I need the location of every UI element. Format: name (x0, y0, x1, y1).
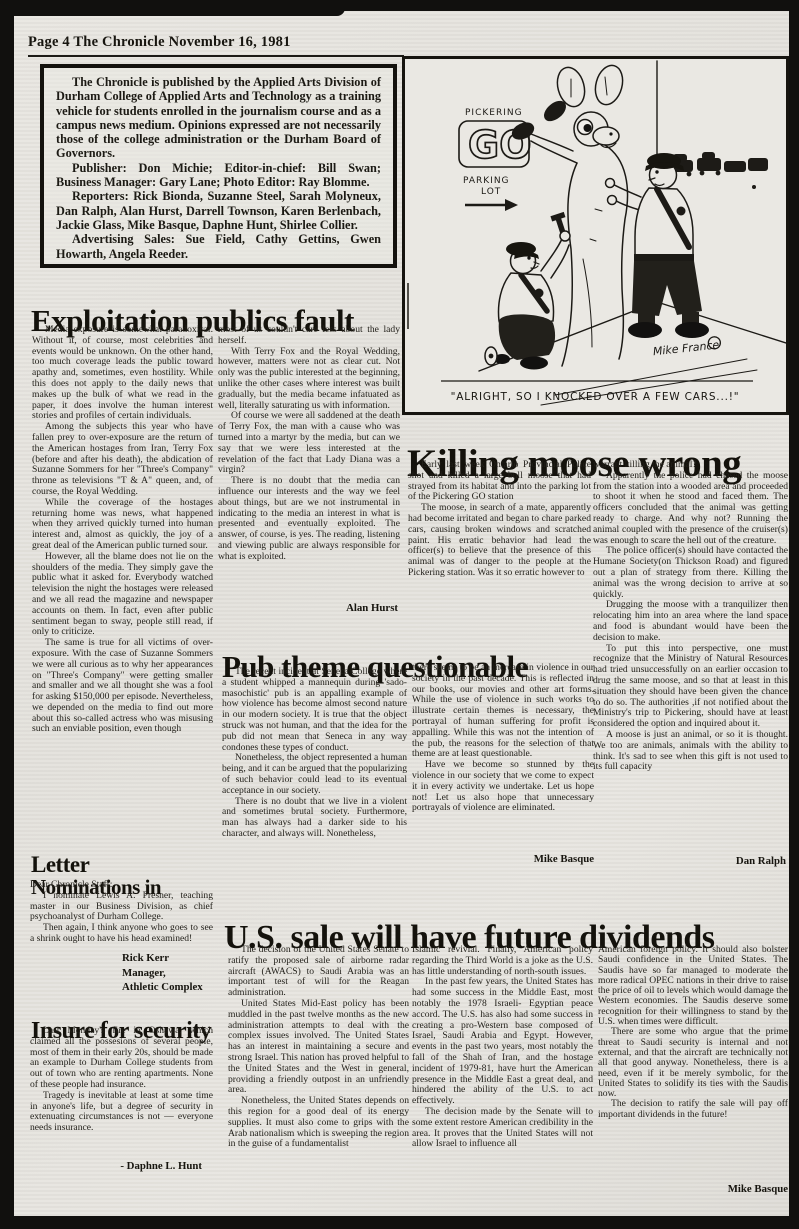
us-sale-column-2: Islamic revivial. Finally, American poli… (412, 945, 593, 1160)
sign-pickering-label: PICKERING (465, 108, 523, 118)
paragraph: I nominate Lewis A. Presner, teaching ma… (30, 891, 213, 923)
paragraph: most of us couldn't care less about the … (218, 325, 400, 347)
paragraph: The decision of the United States Senate… (228, 945, 409, 999)
cartoon-drawing: PICKERING GO PARKING LOT (405, 59, 786, 412)
artist-signature: Mike France (652, 336, 721, 358)
scan-edge-bottom (0, 1216, 799, 1229)
paragraph: Nonetheless, the United States depends o… (228, 1096, 409, 1150)
moose-column-1: Early last week Ontario Provincial Polic… (408, 460, 591, 648)
scan-edge-top-left (0, 0, 345, 16)
officer-kneeling (485, 212, 570, 370)
moose-snout (593, 127, 619, 145)
svg-text:Mike France: Mike France (652, 338, 720, 358)
masthead-paragraph: Advertising Sales: Sue Field, Cathy Gett… (56, 232, 381, 261)
paragraph: To put this into perspective, one must r… (593, 644, 788, 730)
paragraph: Nonetheless, the object represented a hu… (222, 753, 407, 796)
paragraph: However, all the blame does not lie on t… (32, 552, 213, 638)
cartoon-caption: "ALRIGHT, SO I KNOCKED OVER A FEW CARS..… (451, 391, 740, 403)
paragraph: The moose, in search of a mate, apparent… (408, 503, 591, 579)
officer-eye (527, 256, 530, 259)
officer-belt (634, 254, 694, 261)
paragraph: A moose is just an animal, or so it is t… (593, 730, 788, 773)
officer-frisking (606, 153, 710, 338)
paragraph: There are some who argue that the prime … (598, 1027, 788, 1099)
officer-hand (608, 196, 617, 205)
byline-daphne-hunt: - Daphne L. Hunt (30, 1160, 208, 1172)
paragraph: Drugging the moose with a tranquilizer t… (593, 600, 788, 643)
masthead-paragraph: Publisher: Don Michie; Editor-in-chief: … (56, 161, 381, 190)
pub-column-2: there seems to be an increase in violenc… (412, 663, 594, 849)
paragraph: There is no doubt that we live in a viol… (222, 797, 407, 840)
paragraph: The decision made by the Senate will to … (412, 1107, 593, 1150)
column-rule (407, 283, 409, 329)
officer-hand (606, 179, 615, 188)
paragraph: Then again, I think anyone who goes to s… (30, 923, 213, 945)
page-header: Page 4 The Chronicle November 16, 1981 (28, 34, 404, 57)
paragraph: There is no doubt that the media can inf… (218, 476, 400, 562)
moose-antler-right (591, 62, 626, 107)
paragraph: The recent incident at Seneca College wh… (222, 667, 407, 753)
sign-arrow-icon (465, 199, 518, 211)
headline-letter: Letter (31, 853, 89, 876)
moose-pupil (584, 124, 592, 132)
byline-alan-hurst: Alan Hurst (218, 602, 398, 614)
officer-trousers (632, 261, 702, 316)
letter-body: Dear Chronicle Staff: I nominate Lewis A… (30, 880, 213, 952)
officer-eye (655, 170, 658, 173)
moose-column-2: warrant killing the animal? Apparently t… (593, 460, 788, 852)
insure-body: Last Monday's fire in Oshawa, which clai… (30, 1026, 213, 1158)
paragraph: Tragedy is inevitable at least at some t… (30, 1091, 213, 1134)
officer-boot (628, 322, 662, 338)
byline-dan-ralph: Dan Ralph (593, 855, 786, 867)
exploitation-column-1: Media exposure is somewhat paradoxical. … (32, 325, 213, 837)
masthead-paragraph: Reporters: Rick Bionda, Suzanne Steel, S… (56, 189, 381, 232)
paragraph: Last Monday's fire in Oshawa, which clai… (30, 1026, 213, 1091)
officer-badge (677, 207, 686, 216)
paragraph: Apparently the police had chased the moo… (593, 471, 788, 547)
paragraph: While the coverage of the hostages retur… (32, 498, 213, 552)
officer-arm (611, 183, 641, 197)
floor-detail-line (555, 359, 747, 395)
signature-title: Manager, (122, 966, 203, 981)
masthead-paragraph: The Chronicle is published by the Applie… (56, 75, 381, 161)
paragraph: In the past few years, the United States… (412, 977, 593, 1107)
paragraph: United States Mid-East policy has been m… (228, 999, 409, 1096)
sign-parking-label: PARKING (463, 176, 510, 186)
editorial-cartoon: PICKERING GO PARKING LOT (402, 56, 789, 415)
paragraph: Of course we were all saddened at the de… (218, 411, 400, 476)
paragraph: The police officer(s) should have contac… (593, 546, 788, 600)
moose-belly-line (583, 259, 592, 347)
sign-lot-label: LOT (481, 187, 501, 197)
us-sale-column-1: The decision of the United States Senate… (228, 945, 409, 1158)
paragraph: Early last week Ontario Provincial Polic… (408, 460, 591, 503)
pub-column-1: The recent incident at Seneca College wh… (222, 667, 407, 881)
paragraph: Among the subjects this year who have fa… (32, 422, 213, 498)
paragraph: there seems to be an increase in violenc… (412, 663, 594, 760)
officer-kneeling-legs (499, 314, 555, 360)
paragraph: The same is true for all victims of over… (32, 638, 213, 735)
byline-mike-basque-pub: Mike Basque (412, 853, 594, 865)
paragraph: Islamic revivial. Finally, American poli… (412, 945, 593, 977)
us-sale-column-3: American foreign policy. It should also … (598, 945, 788, 1159)
scan-edge-left (0, 0, 14, 1229)
signature-org: Athletic Complex (122, 980, 203, 995)
byline-mike-basque-us: Mike Basque (598, 1183, 788, 1195)
officer-boot (675, 322, 709, 338)
officer-hand (560, 231, 570, 241)
officer-arm (551, 245, 569, 278)
moose-arm (529, 133, 573, 151)
masthead-box: The Chronicle is published by the Applie… (40, 64, 397, 268)
moose-arm (531, 141, 577, 163)
letter-signature: Rick Kerr Manager, Athletic Complex (122, 951, 203, 995)
paragraph: With Terry Fox and the Royal Wedding, ho… (218, 347, 400, 412)
moose-body-right (605, 145, 628, 359)
officer-badge (535, 289, 544, 298)
officer-boot (520, 357, 548, 370)
paragraph: The decision to ratify the sale will pay… (598, 1099, 788, 1120)
signature-name: Rick Kerr (122, 951, 203, 966)
paragraph: Media exposure is somewhat paradoxical. … (32, 325, 213, 422)
exploitation-column-2: most of us couldn't care less about the … (218, 325, 400, 597)
paragraph: Have we become so stunned by the violenc… (412, 760, 594, 814)
paragraph: American foreign policy. It should also … (598, 945, 788, 1027)
scan-edge-right (789, 0, 799, 1229)
newspaper-page: Page 4 The Chronicle November 16, 1981 T… (0, 0, 799, 1229)
go-station-sign: PICKERING GO PARKING LOT (459, 108, 532, 211)
